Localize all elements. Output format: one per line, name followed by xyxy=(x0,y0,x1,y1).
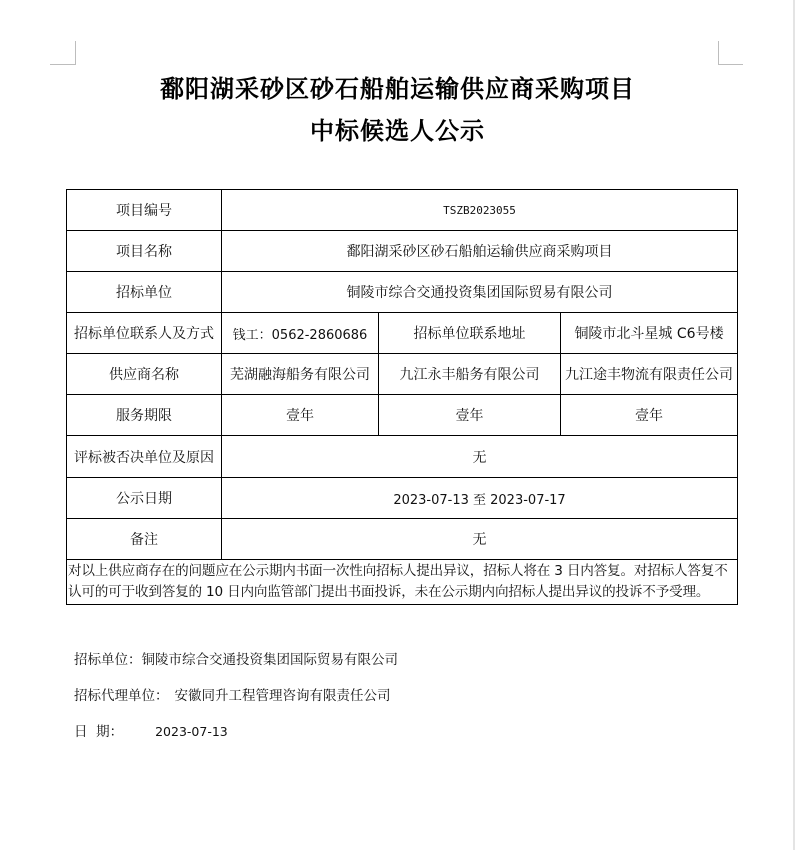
project-name-label: 项目名称 xyxy=(67,231,222,272)
table-row-remarks: 备注 无 xyxy=(67,519,738,560)
service-period-2: 壹年 xyxy=(379,395,561,436)
footer-agent: 招标代理单位：安徽同升工程管理咨询有限责任公司 xyxy=(74,684,391,704)
project-code-value: TSZB2023055 xyxy=(222,190,738,231)
service-period-1: 壹年 xyxy=(222,395,379,436)
table-row-publicity-date: 公示日期 2023-07-13 至 2023-07-17 xyxy=(67,478,738,519)
address-value: 铜陵市北斗星城 C6号楼 xyxy=(561,313,738,354)
table-row-tenderer: 招标单位 铜陵市综合交通投资集团国际贸易有限公司 xyxy=(67,272,738,313)
document-subtitle: 中标候选人公示 xyxy=(0,111,795,146)
footer-date: 日 期：2023-07-13 xyxy=(74,720,228,740)
info-table: 项目编号 TSZB2023055 项目名称 鄱阳湖采砂区砂石船舶运输供应商采购项… xyxy=(66,189,738,605)
remarks-value: 无 xyxy=(222,519,738,560)
table-row-notice: 对以上供应商存在的问题应在公示期内书面一次性向招标人提出异议，招标人将在 3 日… xyxy=(67,560,738,605)
objection-notice: 对以上供应商存在的问题应在公示期内书面一次性向招标人提出异议，招标人将在 3 日… xyxy=(67,560,738,605)
table-row-project-name: 项目名称 鄱阳湖采砂区砂石船舶运输供应商采购项目 xyxy=(67,231,738,272)
footer-tenderer-value: 铜陵市综合交通投资集团国际贸易有限公司 xyxy=(142,652,399,668)
rejected-value: 无 xyxy=(222,436,738,478)
table-row-project-code: 项目编号 TSZB2023055 xyxy=(67,190,738,231)
service-period-label: 服务期限 xyxy=(67,395,222,436)
contact-label: 招标单位联系人及方式 xyxy=(67,313,222,354)
tenderer-label: 招标单位 xyxy=(67,272,222,313)
publicity-date-value: 2023-07-13 至 2023-07-17 xyxy=(222,478,738,519)
document-title: 鄱阳湖采砂区砂石船舶运输供应商采购项目 xyxy=(0,69,795,104)
tenderer-value: 铜陵市综合交通投资集团国际贸易有限公司 xyxy=(222,272,738,313)
footer-tenderer: 招标单位：铜陵市综合交通投资集团国际贸易有限公司 xyxy=(74,648,398,668)
suppliers-label: 供应商名称 xyxy=(67,354,222,395)
footer-agent-value: 安徽同升工程管理咨询有限责任公司 xyxy=(175,688,391,704)
footer-date-value: 2023-07-13 xyxy=(155,724,228,739)
remarks-label: 备注 xyxy=(67,519,222,560)
margin-corner-mark-right xyxy=(718,41,743,65)
publicity-date-label: 公示日期 xyxy=(67,478,222,519)
address-label: 招标单位联系地址 xyxy=(379,313,561,354)
rejected-label: 评标被否决单位及原因 xyxy=(67,436,222,478)
supplier-2: 九江永丰船务有限公司 xyxy=(379,354,561,395)
margin-corner-mark-left xyxy=(50,41,76,65)
footer-date-label: 日 期： xyxy=(74,724,123,740)
project-name-value: 鄱阳湖采砂区砂石船舶运输供应商采购项目 xyxy=(222,231,738,272)
table-row-rejected: 评标被否决单位及原因 无 xyxy=(67,436,738,478)
footer-agent-label: 招标代理单位： xyxy=(74,688,169,704)
footer-tenderer-label: 招标单位： xyxy=(74,652,142,668)
supplier-3: 九江途丰物流有限责任公司 xyxy=(561,354,738,395)
supplier-1: 芜湖融海船务有限公司 xyxy=(222,354,379,395)
project-code-label: 项目编号 xyxy=(67,190,222,231)
table-row-suppliers: 供应商名称 芜湖融海船务有限公司 九江永丰船务有限公司 九江途丰物流有限责任公司 xyxy=(67,354,738,395)
service-period-3: 壹年 xyxy=(561,395,738,436)
table-row-contact: 招标单位联系人及方式 钱工：0562-2860686 招标单位联系地址 铜陵市北… xyxy=(67,313,738,354)
table-row-service-period: 服务期限 壹年 壹年 壹年 xyxy=(67,395,738,436)
contact-value: 钱工：0562-2860686 xyxy=(222,313,379,354)
